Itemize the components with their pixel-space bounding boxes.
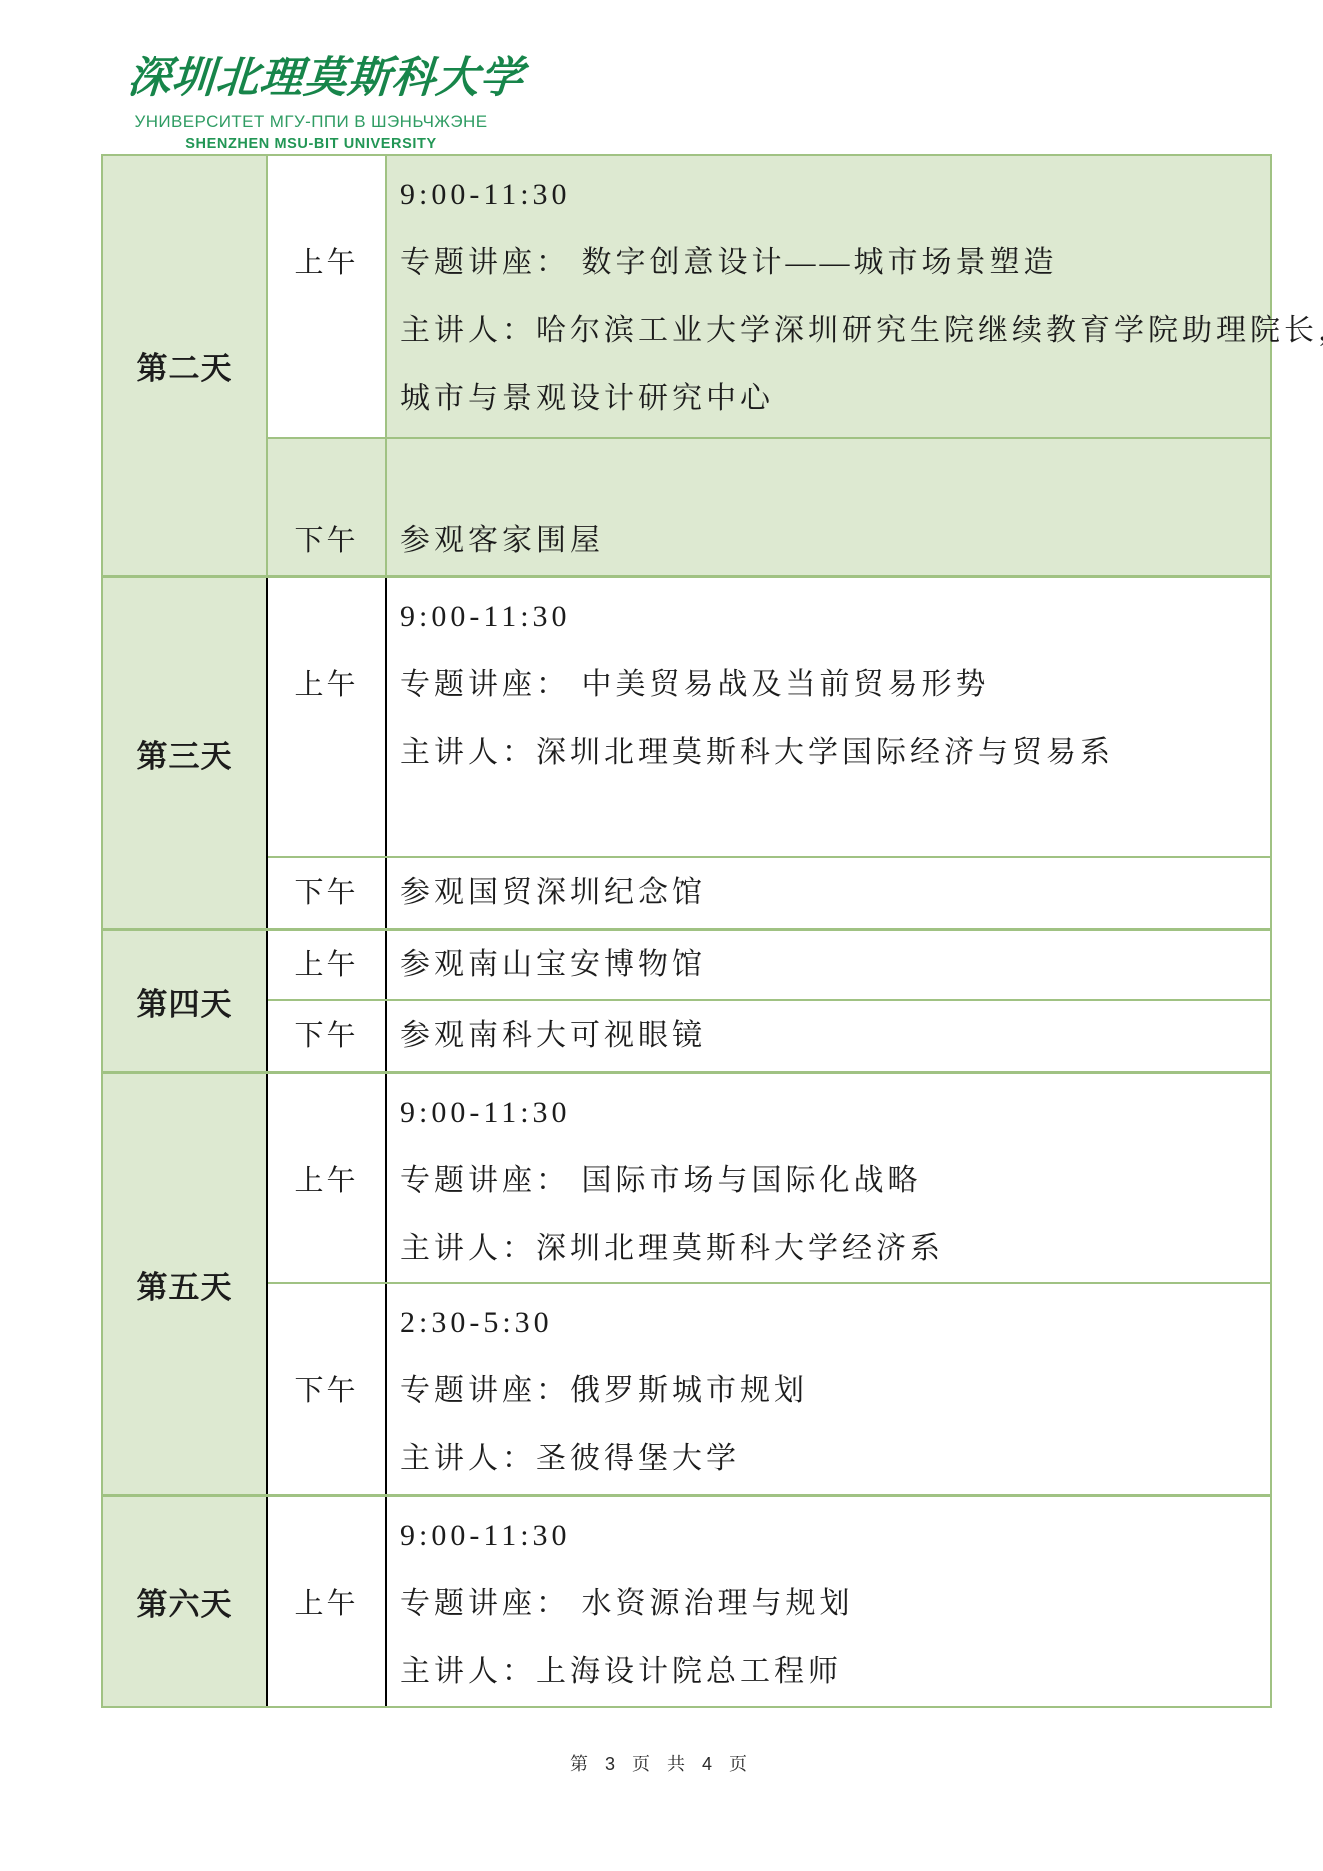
period-label: 下午: [268, 1001, 387, 1071]
document-page: 深圳北理莫斯科大学 УНИВЕРСИТЕТ МГУ-ППИ В ШЭНЬЧЖЭН…: [0, 0, 1323, 1871]
content-line: 9:00-11:30: [400, 1079, 1270, 1147]
session-row-morning: 上午 参观南山宝安博物馆: [268, 931, 1270, 999]
content-line: 参观客家围屋: [400, 507, 1270, 575]
content-line: 主讲人：上海设计院总工程师: [400, 1638, 1270, 1706]
session-row-morning: 上午 9:00-11:30 专题讲座： 中美贸易战及当前贸易形势 主讲人：深圳北…: [268, 578, 1270, 856]
session-content: 参观南山宝安博物馆: [387, 931, 1270, 999]
day-sessions: 上午 9:00-11:30 专题讲座： 数字创意设计——城市场景塑造 主讲人：哈…: [268, 156, 1270, 575]
day-group-4: 第四天 上午 参观南山宝安博物馆 下午 参观南科大可视眼镜: [103, 928, 1270, 1071]
session-row-morning: 上午 9:00-11:30 专题讲座： 数字创意设计——城市场景塑造 主讲人：哈…: [268, 156, 1270, 437]
day-group-6: 第六天 上午 9:00-11:30 专题讲座： 水资源治理与规划 主讲人：上海设…: [103, 1494, 1270, 1706]
session-content: 2:30-5:30 专题讲座：俄罗斯城市规划 主讲人：圣彼得堡大学: [387, 1284, 1270, 1494]
content-line: 主讲人：深圳北理莫斯科大学国际经济与贸易系: [400, 719, 1270, 787]
content-line: 9:00-11:30: [400, 583, 1270, 651]
content-line: 9:00-11:30: [400, 1502, 1270, 1570]
period-label: 上午: [268, 1074, 387, 1282]
session-content: 9:00-11:30 专题讲座： 数字创意设计——城市场景塑造 主讲人：哈尔滨工…: [387, 156, 1270, 437]
schedule-table: 第二天 上午 9:00-11:30 专题讲座： 数字创意设计——城市场景塑造 主…: [101, 154, 1272, 1708]
session-content: 9:00-11:30 专题讲座： 中美贸易战及当前贸易形势 主讲人：深圳北理莫斯…: [387, 578, 1270, 856]
period-label: 上午: [268, 1497, 387, 1706]
content-line: 参观国贸深圳纪念馆: [400, 859, 1270, 927]
session-content: 9:00-11:30 专题讲座： 国际市场与国际化战略 主讲人：深圳北理莫斯科大…: [387, 1074, 1270, 1282]
logo-chinese-name: 深圳北理莫斯科大学: [126, 44, 496, 105]
content-line: 专题讲座： 国际市场与国际化战略: [400, 1147, 1270, 1215]
content-line: 城市与景观设计研究中心: [400, 365, 1270, 433]
content-line: 专题讲座： 数字创意设计——城市场景塑造: [400, 229, 1270, 297]
session-row-afternoon: 下午 2:30-5:30 专题讲座：俄罗斯城市规划 主讲人：圣彼得堡大学: [268, 1282, 1270, 1494]
session-row-morning: 上午 9:00-11:30 专题讲座： 国际市场与国际化战略 主讲人：深圳北理莫…: [268, 1074, 1270, 1282]
session-content: 9:00-11:30 专题讲座： 水资源治理与规划 主讲人：上海设计院总工程师: [387, 1497, 1270, 1706]
content-line: 参观南科大可视眼镜: [400, 1002, 1270, 1070]
content-line: 9:00-11:30: [400, 161, 1270, 229]
session-content: 参观南科大可视眼镜: [387, 1001, 1270, 1071]
content-line: 主讲人：深圳北理莫斯科大学经济系: [400, 1215, 1270, 1283]
university-logo: 深圳北理莫斯科大学 УНИВЕРСИТЕТ МГУ-ППИ В ШЭНЬЧЖЭН…: [128, 44, 494, 152]
page-number: 第 3 页 共 4 页: [0, 1750, 1323, 1776]
session-row-afternoon: 下午 参观客家围屋: [268, 437, 1270, 575]
day-label: 第二天: [103, 156, 268, 575]
day-group-3: 第三天 上午 9:00-11:30 专题讲座： 中美贸易战及当前贸易形势 主讲人…: [103, 575, 1270, 928]
session-content: 参观国贸深圳纪念馆: [387, 858, 1270, 928]
day-label: 第三天: [103, 578, 268, 928]
period-label: 上午: [268, 578, 387, 856]
day-sessions: 上午 9:00-11:30 专题讲座： 中美贸易战及当前贸易形势 主讲人：深圳北…: [268, 578, 1270, 928]
content-line: 2:30-5:30: [400, 1289, 1270, 1357]
session-row-afternoon: 下午 参观国贸深圳纪念馆: [268, 856, 1270, 928]
period-label: 下午: [268, 1284, 387, 1494]
content-line: 参观南山宝安博物馆: [400, 931, 1270, 999]
day-label: 第四天: [103, 931, 268, 1071]
session-row-morning: 上午 9:00-11:30 专题讲座： 水资源治理与规划 主讲人：上海设计院总工…: [268, 1497, 1270, 1706]
period-label: 上午: [268, 156, 387, 437]
content-line: 专题讲座：俄罗斯城市规划: [400, 1357, 1270, 1425]
content-line: 专题讲座： 水资源治理与规划: [400, 1570, 1270, 1638]
logo-russian-name: УНИВЕРСИТЕТ МГУ-ППИ В ШЭНЬЧЖЭНЕ: [128, 112, 494, 132]
day-group-2: 第二天 上午 9:00-11:30 专题讲座： 数字创意设计——城市场景塑造 主…: [103, 156, 1270, 575]
session-row-afternoon: 下午 参观南科大可视眼镜: [268, 999, 1270, 1071]
day-group-5: 第五天 上午 9:00-11:30 专题讲座： 国际市场与国际化战略 主讲人：深…: [103, 1071, 1270, 1494]
period-label: 下午: [268, 858, 387, 928]
content-line: 主讲人：哈尔滨工业大学深圳研究生院继续教育学院助理院长，: [400, 297, 1270, 365]
day-label: 第六天: [103, 1497, 268, 1706]
day-label: 第五天: [103, 1074, 268, 1494]
day-sessions: 上午 9:00-11:30 专题讲座： 水资源治理与规划 主讲人：上海设计院总工…: [268, 1497, 1270, 1706]
content-line: 主讲人：圣彼得堡大学: [400, 1425, 1270, 1493]
day-sessions: 上午 参观南山宝安博物馆 下午 参观南科大可视眼镜: [268, 931, 1270, 1071]
content-line: 专题讲座： 中美贸易战及当前贸易形势: [400, 651, 1270, 719]
period-label: 下午: [268, 439, 387, 575]
period-label: 上午: [268, 931, 387, 999]
session-content: 参观客家围屋: [387, 439, 1270, 575]
day-sessions: 上午 9:00-11:30 专题讲座： 国际市场与国际化战略 主讲人：深圳北理莫…: [268, 1074, 1270, 1494]
logo-english-name: SHENZHEN MSU-BIT UNIVERSITY: [128, 136, 494, 152]
